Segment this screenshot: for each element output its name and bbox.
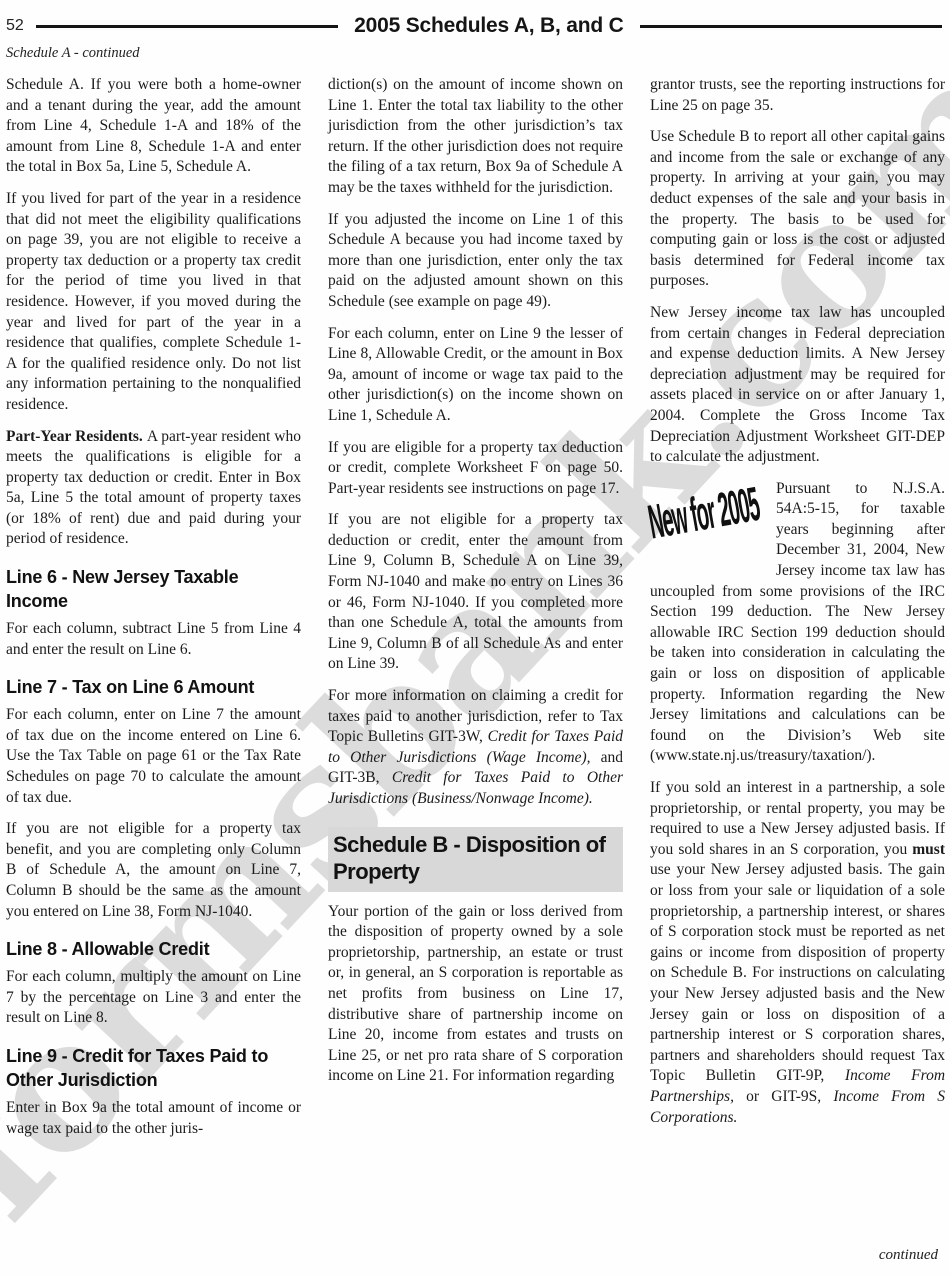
text-run: For each column, enter on Line 7 the amo… xyxy=(6,706,301,805)
header-rule-left xyxy=(36,25,338,28)
line-section-heading: Line 6 - New Jersey Taxable Income xyxy=(6,565,301,613)
paragraph: If you sold an interest in a partnership… xyxy=(650,778,945,1128)
text-run: or GIT-9S, xyxy=(734,1088,833,1105)
column-3: grantor trusts, see the reporting instru… xyxy=(650,75,945,1150)
paragraph: If you are not eligible for a property t… xyxy=(6,819,301,922)
text-run: If you are not eligible for a property t… xyxy=(6,820,301,919)
text-run: diction(s) on the amount of income shown… xyxy=(328,76,623,196)
paragraph: For more information on claiming a credi… xyxy=(328,686,623,810)
paragraph: If you are not eligible for a property t… xyxy=(328,510,623,675)
page-number: 52 xyxy=(6,17,24,35)
header-rule-right xyxy=(640,25,942,28)
text-run: New Jersey income tax law has uncoupled … xyxy=(650,304,945,465)
paragraph: For each column, enter on Line 7 the amo… xyxy=(6,705,301,808)
line-section-heading: Line 7 - Tax on Line 6 Amount xyxy=(6,675,301,699)
line-section-heading: Line 9 - Credit for Taxes Paid to Other … xyxy=(6,1044,301,1092)
text-run: If you are not eligible for a property t… xyxy=(328,511,623,672)
paragraph: New for 2005Pursuant to N.J.S.A. 54A:5-1… xyxy=(650,479,945,767)
document-page: formsbank.com 52 2005 Schedules A, B, an… xyxy=(0,0,950,1276)
text-run: If you adjusted the income on Line 1 of … xyxy=(328,211,623,310)
paragraph: Part-Year Residents. A part-year residen… xyxy=(6,427,301,551)
paragraph: Your portion of the gain or loss derived… xyxy=(328,902,623,1087)
paragraph: For each column, enter on Line 9 the les… xyxy=(328,324,623,427)
text-run: For each column, multiply the amount on … xyxy=(6,968,301,1026)
page-header: 52 2005 Schedules A, B, and C xyxy=(6,14,942,38)
paragraph: Schedule A. If you were both a home-owne… xyxy=(6,75,301,178)
text-run: use your New Jersey adjusted basis. The … xyxy=(650,861,945,1084)
columns: Schedule A. If you were both a home-owne… xyxy=(6,75,942,1150)
paragraph: grantor trusts, see the reporting instru… xyxy=(650,75,945,116)
text-run: For each column, subtract Line 5 from Li… xyxy=(6,620,301,658)
paragraph: For each column, subtract Line 5 from Li… xyxy=(6,619,301,660)
paragraph: diction(s) on the amount of income shown… xyxy=(328,75,623,199)
text-run: If you are eligible for a property tax d… xyxy=(328,439,623,497)
text-run: Your portion of the gain or loss derived… xyxy=(328,903,623,1085)
text-run: Schedule A. If you were both a home-owne… xyxy=(6,76,301,175)
column-1: Schedule A. If you were both a home-owne… xyxy=(6,75,301,1150)
text-run: A part-year resident who meets the quali… xyxy=(6,428,301,548)
text-run: must xyxy=(912,841,945,858)
new-for-2005-stamp-text: New for 2005 xyxy=(646,489,761,540)
paragraph: If you are eligible for a property tax d… xyxy=(328,438,623,500)
paragraph: For each column, multiply the amount on … xyxy=(6,967,301,1029)
text-run: For each column, enter on Line 9 the les… xyxy=(328,325,623,424)
line-section-heading: Line 8 - Allowable Credit xyxy=(6,937,301,961)
schedule-continued-label: Schedule A - continued xyxy=(6,45,942,62)
text-run: Enter in Box 9a the total amount of inco… xyxy=(6,1099,301,1137)
paragraph: If you lived for part of the year in a r… xyxy=(6,189,301,416)
column-2: diction(s) on the amount of income shown… xyxy=(328,75,623,1150)
new-for-2005-stamp: New for 2005 xyxy=(650,481,770,565)
paragraph: If you adjusted the income on Line 1 of … xyxy=(328,210,623,313)
text-run: grantor trusts, see the reporting instru… xyxy=(650,76,945,114)
text-run: If you sold an interest in a partnership… xyxy=(650,779,945,858)
text-run: Part-Year Residents. xyxy=(6,428,147,445)
schedule-b-section-heading: Schedule B - Disposition of Property xyxy=(328,827,623,892)
paragraph: New Jersey income tax law has uncoupled … xyxy=(650,303,945,468)
footer-continued-label: continued xyxy=(879,1247,938,1264)
text-run: Use Schedule B to report all other capit… xyxy=(650,128,945,289)
page-title: 2005 Schedules A, B, and C xyxy=(354,14,623,38)
text-run: If you lived for part of the year in a r… xyxy=(6,190,301,413)
paragraph: Enter in Box 9a the total amount of inco… xyxy=(6,1098,301,1139)
paragraph: Use Schedule B to report all other capit… xyxy=(650,127,945,292)
